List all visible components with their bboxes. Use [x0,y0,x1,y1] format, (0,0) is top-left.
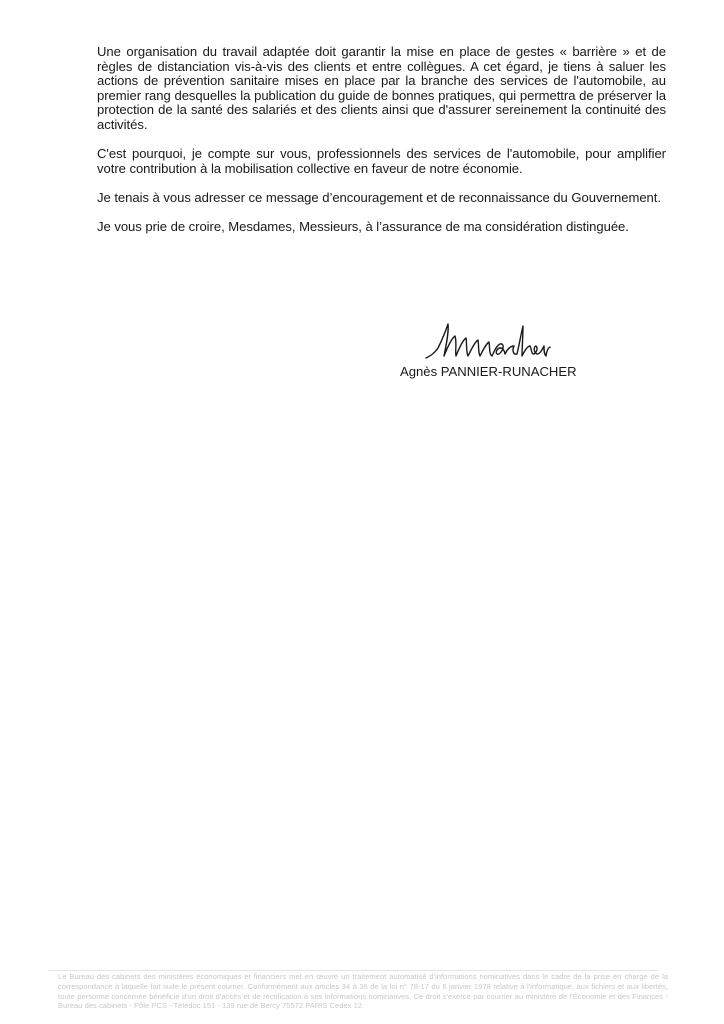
paragraph-closing-formula: Je vous prie de croire, Mesdames, Messie… [97,220,666,235]
signature-block: Agnès PANNIER-RUNACHER [400,318,630,388]
footer-divider [48,970,658,971]
letter-page: Une organisation du travail adaptée doit… [0,0,724,1024]
signer-name: Agnès PANNIER-RUNACHER [400,364,577,380]
paragraph-encouragement: Je tenais à vous adresser ce message d’e… [97,191,666,206]
letter-body: Une organisation du travail adaptée doit… [97,45,666,249]
paragraph-call-to-action: C'est pourquoi, je compte sur vous, prof… [97,147,666,176]
handwritten-signature [422,318,552,364]
paragraph-workplace-measures: Une organisation du travail adaptée doit… [97,45,666,133]
privacy-footer-notice: Le Bureau des cabinets des ministères éc… [58,972,668,1014]
